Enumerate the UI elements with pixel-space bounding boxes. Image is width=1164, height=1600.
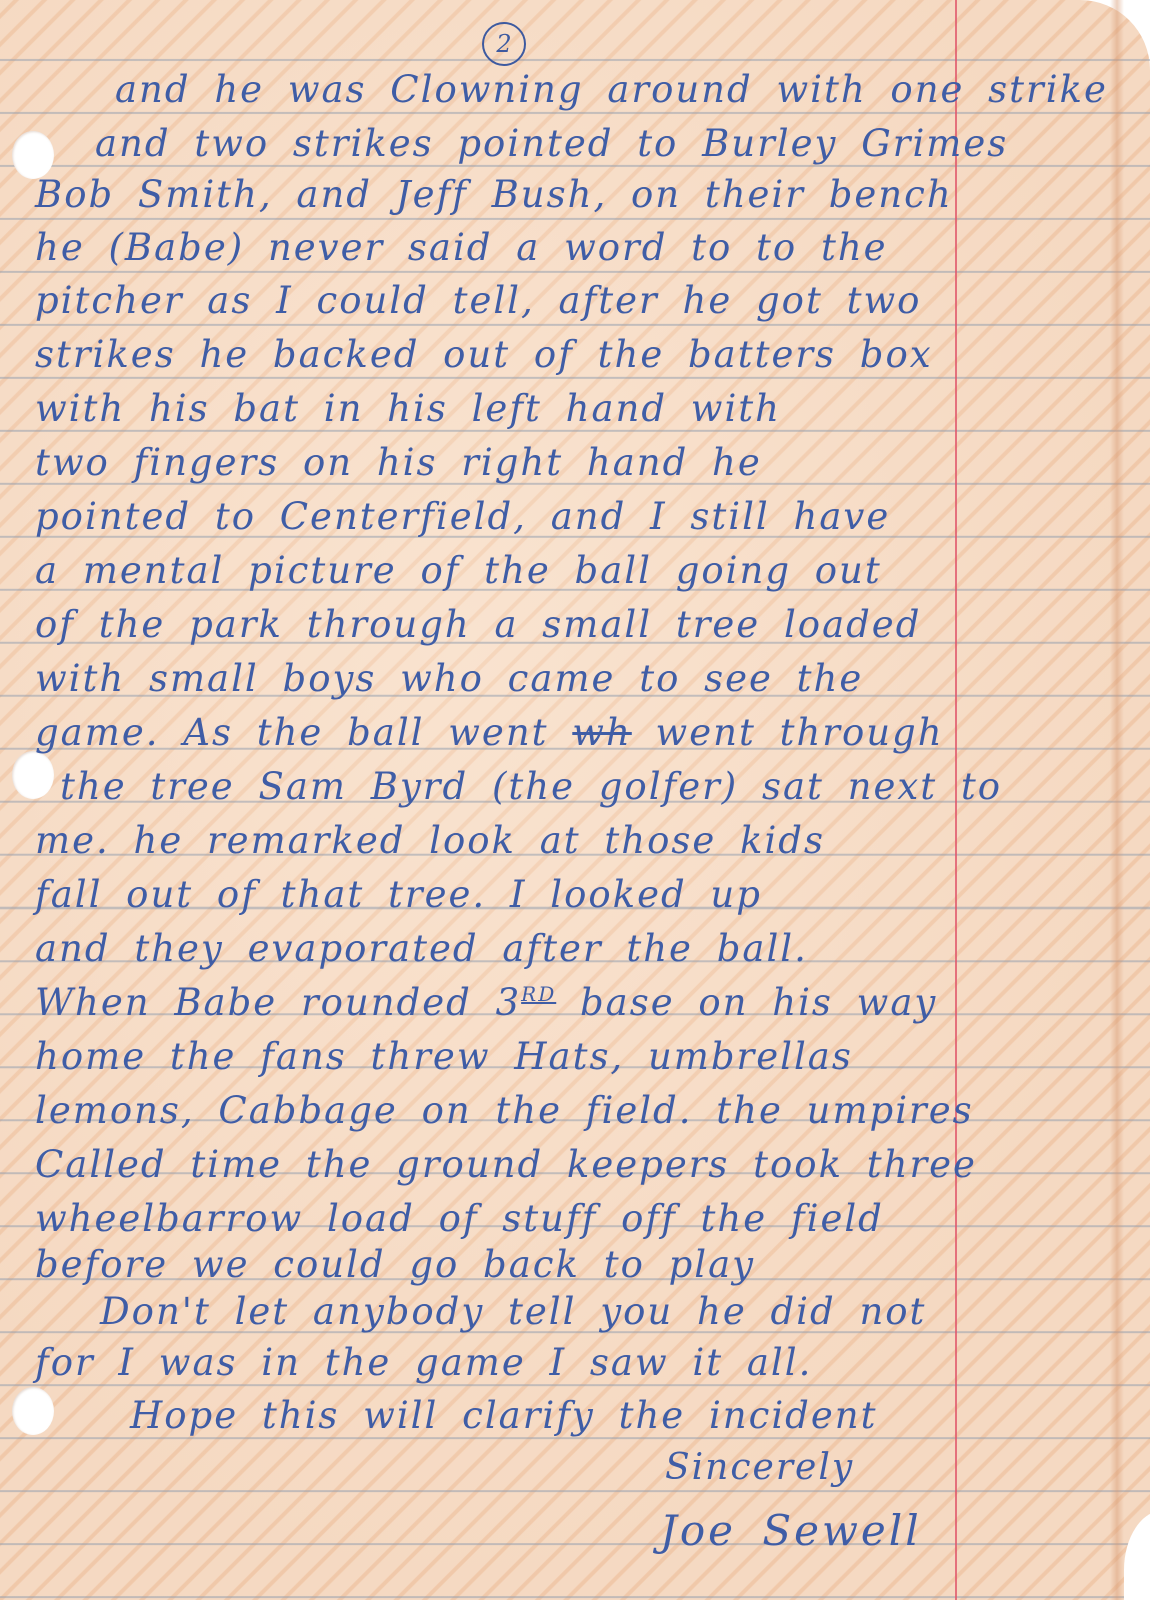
letter-line: a mental picture of the ball going out bbox=[35, 549, 882, 592]
letter-text: game. As the ball went bbox=[35, 711, 572, 754]
letter-line: and two strikes pointed to Burley Grimes bbox=[95, 122, 1008, 165]
letter-line: the tree Sam Byrd (the golfer) sat next … bbox=[60, 765, 1002, 808]
letter-line: pitcher as I could tell, after he got tw… bbox=[35, 279, 921, 322]
letter-line: Hope this will clarify the incident bbox=[130, 1394, 877, 1437]
letter-line: before we could go back to play bbox=[35, 1243, 755, 1286]
letter-line: pointed to Centerfield, and I still have bbox=[35, 495, 890, 538]
letter-line: and he was Clowning around with one stri… bbox=[115, 68, 1108, 111]
letter-line: strikes he backed out of the batters box bbox=[35, 333, 933, 376]
signature: Joe Sewell bbox=[660, 1506, 922, 1555]
letter-line: and they evaporated after the ball. bbox=[35, 927, 808, 970]
letter-line: me. he remarked look at those kids bbox=[35, 819, 825, 862]
letter-line: home the fans threw Hats, umbrellas bbox=[35, 1035, 853, 1078]
valediction: Sincerely bbox=[665, 1447, 854, 1488]
letter-line: he (Babe) never said a word to to the bbox=[35, 226, 888, 269]
letter-line: with small boys who came to see the bbox=[35, 657, 863, 700]
letter-text: When Babe rounded 3 bbox=[35, 981, 521, 1024]
letter-line: Don't let anybody tell you he did not bbox=[100, 1290, 926, 1333]
letter-line: two fingers on his right hand he bbox=[35, 441, 762, 484]
letter-text: base on his way bbox=[556, 981, 937, 1024]
superscript-text: RD bbox=[521, 982, 556, 1006]
letter-line: Called time the ground keepers took thre… bbox=[35, 1143, 977, 1186]
letter-line: When Babe rounded 3RD base on his way bbox=[35, 981, 937, 1024]
letter-line: Bob Smith, and Jeff Bush, on their bench bbox=[35, 173, 953, 216]
letter-line: lemons, Cabbage on the field. the umpire… bbox=[35, 1089, 974, 1132]
letter-line: with his bat in his left hand with bbox=[35, 387, 781, 430]
letter-line: of the park through a small tree loaded bbox=[35, 603, 921, 646]
letter-text: went through bbox=[632, 711, 944, 754]
letter-line: game. As the ball went wh went through bbox=[35, 711, 944, 754]
letter-line: fall out of that tree. I looked up bbox=[35, 873, 762, 916]
letter-body: and he was Clowning around with one stri… bbox=[0, 0, 1164, 1600]
letter-line: wheelbarrow load of stuff off the field bbox=[35, 1197, 884, 1240]
letter-line: for I was in the game I saw it all. bbox=[35, 1341, 812, 1384]
struck-out-text: wh bbox=[572, 711, 632, 754]
